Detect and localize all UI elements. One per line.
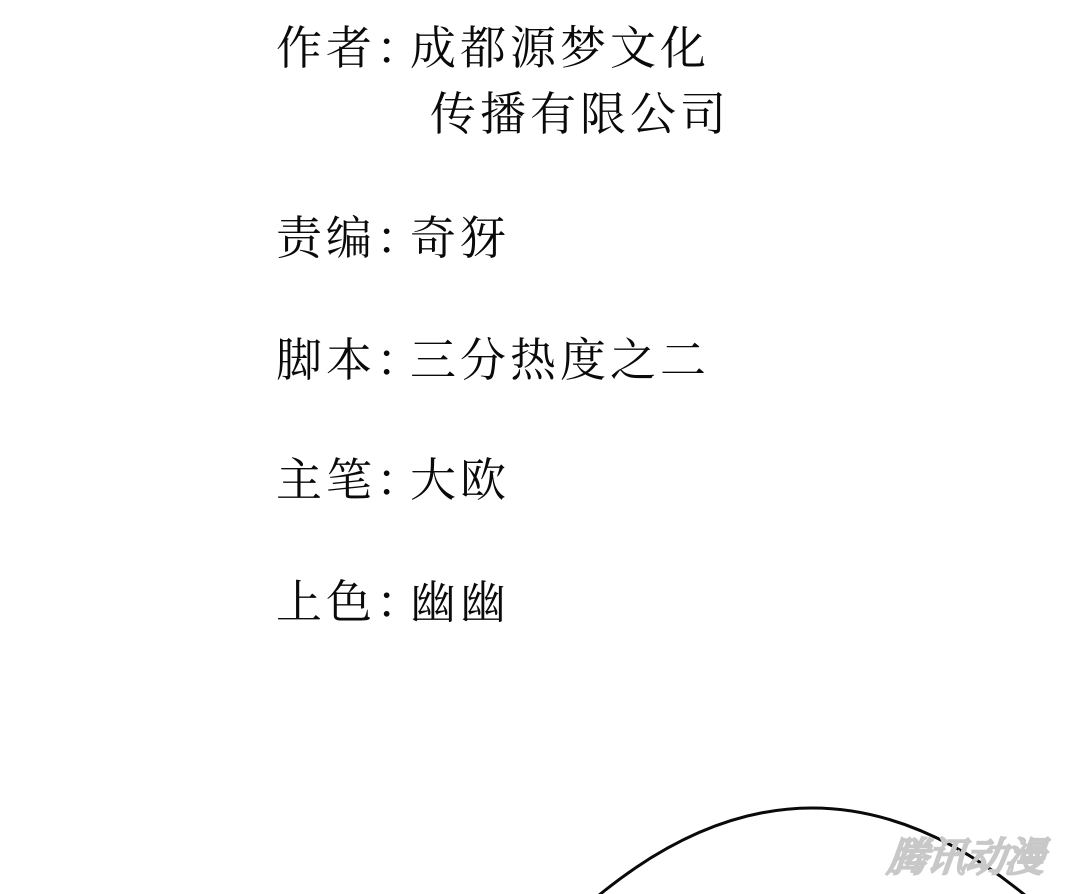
panel-arc — [0, 0, 1080, 894]
watermark-logo: 腾讯动漫 — [885, 826, 1047, 883]
